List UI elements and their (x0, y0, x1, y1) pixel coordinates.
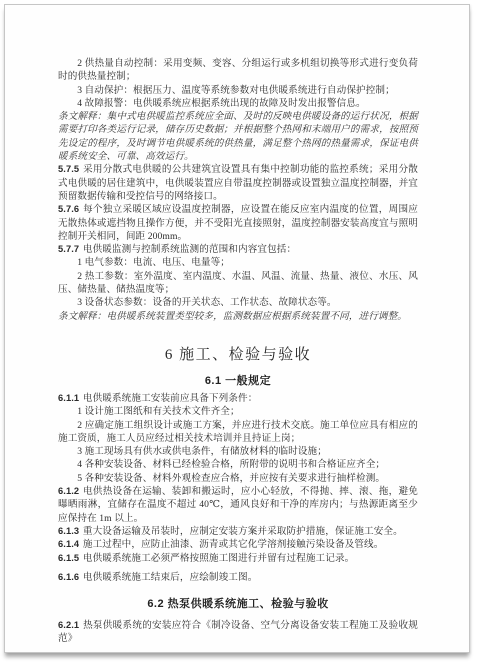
note-paragraph: 条文解释：电供暖系统装置类型较多，监测数据应根据系统装置不同，进行调整。 (58, 310, 418, 323)
scanned-document-canvas: 2 供热量自动控制：采用变频、变容、分组运行或多机组切换等形式进行变负荷时的供热… (0, 0, 479, 667)
list-item-paragraph: 3 设备状态参数：设备的开关状态、工作状态、故障状态等。 (58, 296, 418, 309)
clause-number: 6.1.1 (58, 393, 79, 403)
item-text: 3 施工现场具有供水或供电条件，有储放材料的临时设施； (77, 446, 327, 457)
chapter-heading: 6 施工、检验与验收 (58, 346, 418, 365)
clause-text: 电供暖系统施工结束后，应绘制竣工图。 (83, 572, 258, 583)
section-heading: 6.2 热泵供暖系统施工、检验与验收 (58, 597, 418, 612)
item-text: 3 设备状态参数：设备的开关状态、工作状态、故障状态等。 (77, 297, 336, 308)
clause-number: 5.7.5 (58, 164, 79, 174)
item-text: 3 自动保护：根据压力、温度等系统参数对电供暖系统进行自动保护控制； (77, 85, 395, 96)
clause-number: 6.1.4 (58, 539, 79, 549)
clause-text: 电供热设备在运输、装卸和搬运时，应小心轻放，不得抛、摔、滚、拖，避免曝晒雨淋，宜… (58, 486, 418, 524)
list-item-paragraph: 5 各种安装设备、材料外观检查应合格，并应按有关要求进行抽样检测。 (58, 472, 418, 485)
clause-paragraph: 6.2.1热泵供暖系统的安装应符合《制冷设备、空气分离设备安装工程施工及验收规范… (58, 619, 418, 646)
clause-number: 6.1.5 (58, 553, 79, 563)
list-item-paragraph: 4 故障报警：电供暖系统应根据系统出现的故障及时发出报警信息。 (58, 97, 418, 110)
clause-number: 5.7.7 (58, 244, 79, 254)
item-text: 4 各种安装设备、材料已经检验合格，所附带的说明书和合格证应齐全； (77, 459, 385, 470)
clause-number: 6.1.6 (58, 572, 79, 582)
list-item-paragraph: 2 供热量自动控制：采用变频、变容、分组运行或多机组切换等形式进行变负荷时的供热… (58, 57, 418, 84)
item-text: 5 各种安装设备、材料外观检查应合格，并应按有关要求进行抽样检测。 (77, 473, 385, 484)
clause-paragraph: 6.1.4施工过程中，应防止油漆、沥青或其它化学溶剂接触污染设备及管线。 (58, 538, 418, 551)
section-heading: 6.1 一般规定 (58, 374, 418, 389)
list-item-paragraph: 1 设计施工图纸和有关技术文件齐全； (58, 405, 418, 418)
page-content: 2 供热量自动控制：采用变频、变容、分组运行或多机组切换等形式进行变负荷时的供热… (58, 57, 418, 646)
item-text: 4 故障报警：电供暖系统应根据系统出现的故障及时发出报警信息。 (77, 98, 366, 109)
clause-text: 电供暖系统施工必须严格按照施工图进行并留有过程施工记录。 (83, 553, 354, 564)
heading-text: 6.1 一般规定 (205, 375, 271, 387)
note-paragraph: 条文解释：集中式电供暖监控系统应全面、及时的反映电供暖设备的运行状况，根据需要打… (58, 110, 418, 163)
item-text: 1 设计施工图纸和有关技术文件齐全； (77, 406, 240, 417)
item-text: 2 供热量自动控制：采用变频、变容、分组运行或多机组切换等形式进行变负荷时的供热… (58, 58, 418, 82)
heading-text: 6 施工、检验与验收 (165, 347, 311, 363)
list-item-paragraph: 3 施工现场具有供水或供电条件，有储放材料的临时设施； (58, 445, 418, 458)
note-text: 条文解释：电供暖系统装置类型较多，监测数据应根据系统装置不同，进行调整。 (58, 311, 407, 322)
item-text: 2 应确定施工组织设计或施工方案，并应进行技术交底。施工单位应具有相应的施工资质… (58, 420, 418, 444)
clause-text: 施工过程中，应防止油漆、沥青或其它化学溶剂接触污染设备及管线。 (83, 539, 384, 550)
list-item-paragraph: 2 热工参数：室外温度、室内温度、水温、风温、流量、热量、液位、水压、风压、储热… (58, 270, 418, 297)
note-text: 条文解释：集中式电供暖监控系统应全面、及时的反映电供暖设备的运行状况，根据需要打… (58, 111, 418, 162)
clause-paragraph: 5.7.6每个独立采暖区域应设温度控制器，应设置在能反应室内温度的位置，周围应无… (58, 203, 418, 243)
item-text: 2 热工参数：室外温度、室内温度、水温、风温、流量、热量、液位、水压、风压、储热… (58, 271, 418, 295)
clause-paragraph: 5.7.7电供暖监测与控制系统监测的范围和内容宜包括： (58, 243, 418, 256)
list-item-paragraph: 3 自动保护：根据压力、温度等系统参数对电供暖系统进行自动保护控制； (58, 84, 418, 97)
clause-number: 6.1.2 (58, 486, 79, 496)
clause-paragraph: 5.7.5采用分散式电供暖的公共建筑宜设置具有集中控制功能的监控系统；采用分散式… (58, 163, 418, 203)
item-text: 1 电气参数：电流、电压、电量等； (77, 257, 230, 268)
clause-text: 电供暖监测与控制系统监测的范围和内容宜包括： (83, 244, 296, 255)
clause-paragraph: 6.1.5电供暖系统施工必须严格按照施工图进行并留有过程施工记录。 (58, 552, 418, 565)
list-item-paragraph: 1 电气参数：电流、电压、电量等； (58, 256, 418, 269)
clause-paragraph: 6.1.1电供暖系统施工安装前应具备下列条件： (58, 392, 418, 405)
clause-number: 6.2.1 (58, 620, 79, 630)
heading-text: 6.2 热泵供暖系统施工、检验与验收 (147, 598, 328, 610)
clause-text: 热泵供暖系统的安装应符合《制冷设备、空气分离设备安装工程施工及验收规范》 (58, 620, 418, 644)
clause-number: 5.7.6 (58, 204, 79, 214)
clause-text: 每个独立采暖区域应设温度控制器，应设置在能反应室内温度的位置，周围应无散热体或遮… (58, 204, 418, 242)
clause-paragraph: 6.1.6电供暖系统施工结束后，应绘制竣工图。 (58, 571, 418, 584)
clause-text: 采用分散式电供暖的公共建筑宜设置具有集中控制功能的监控系统；采用分散式电供暖的居… (58, 164, 418, 202)
list-item-paragraph: 4 各种安装设备、材料已经检验合格，所附带的说明书和合格证应齐全； (58, 458, 418, 471)
clause-text: 重大设备运输及吊装时，应制定安装方案并采取防护措施，保证施工安全。 (83, 526, 403, 537)
clause-text: 电供暖系统施工安装前应具备下列条件： (83, 393, 258, 404)
clause-paragraph: 6.1.3重大设备运输及吊装时，应制定安装方案并采取防护措施，保证施工安全。 (58, 525, 418, 538)
clause-number: 6.1.3 (58, 526, 79, 536)
clause-paragraph: 6.1.2电供热设备在运输、装卸和搬运时，应小心轻放，不得抛、摔、滚、拖，避免曝… (58, 485, 418, 525)
document-page: 2 供热量自动控制：采用变频、变容、分组运行或多机组切换等形式进行变负荷时的供热… (4, 4, 470, 653)
list-item-paragraph: 2 应确定施工组织设计或施工方案，并应进行技术交底。施工单位应具有相应的施工资质… (58, 419, 418, 446)
